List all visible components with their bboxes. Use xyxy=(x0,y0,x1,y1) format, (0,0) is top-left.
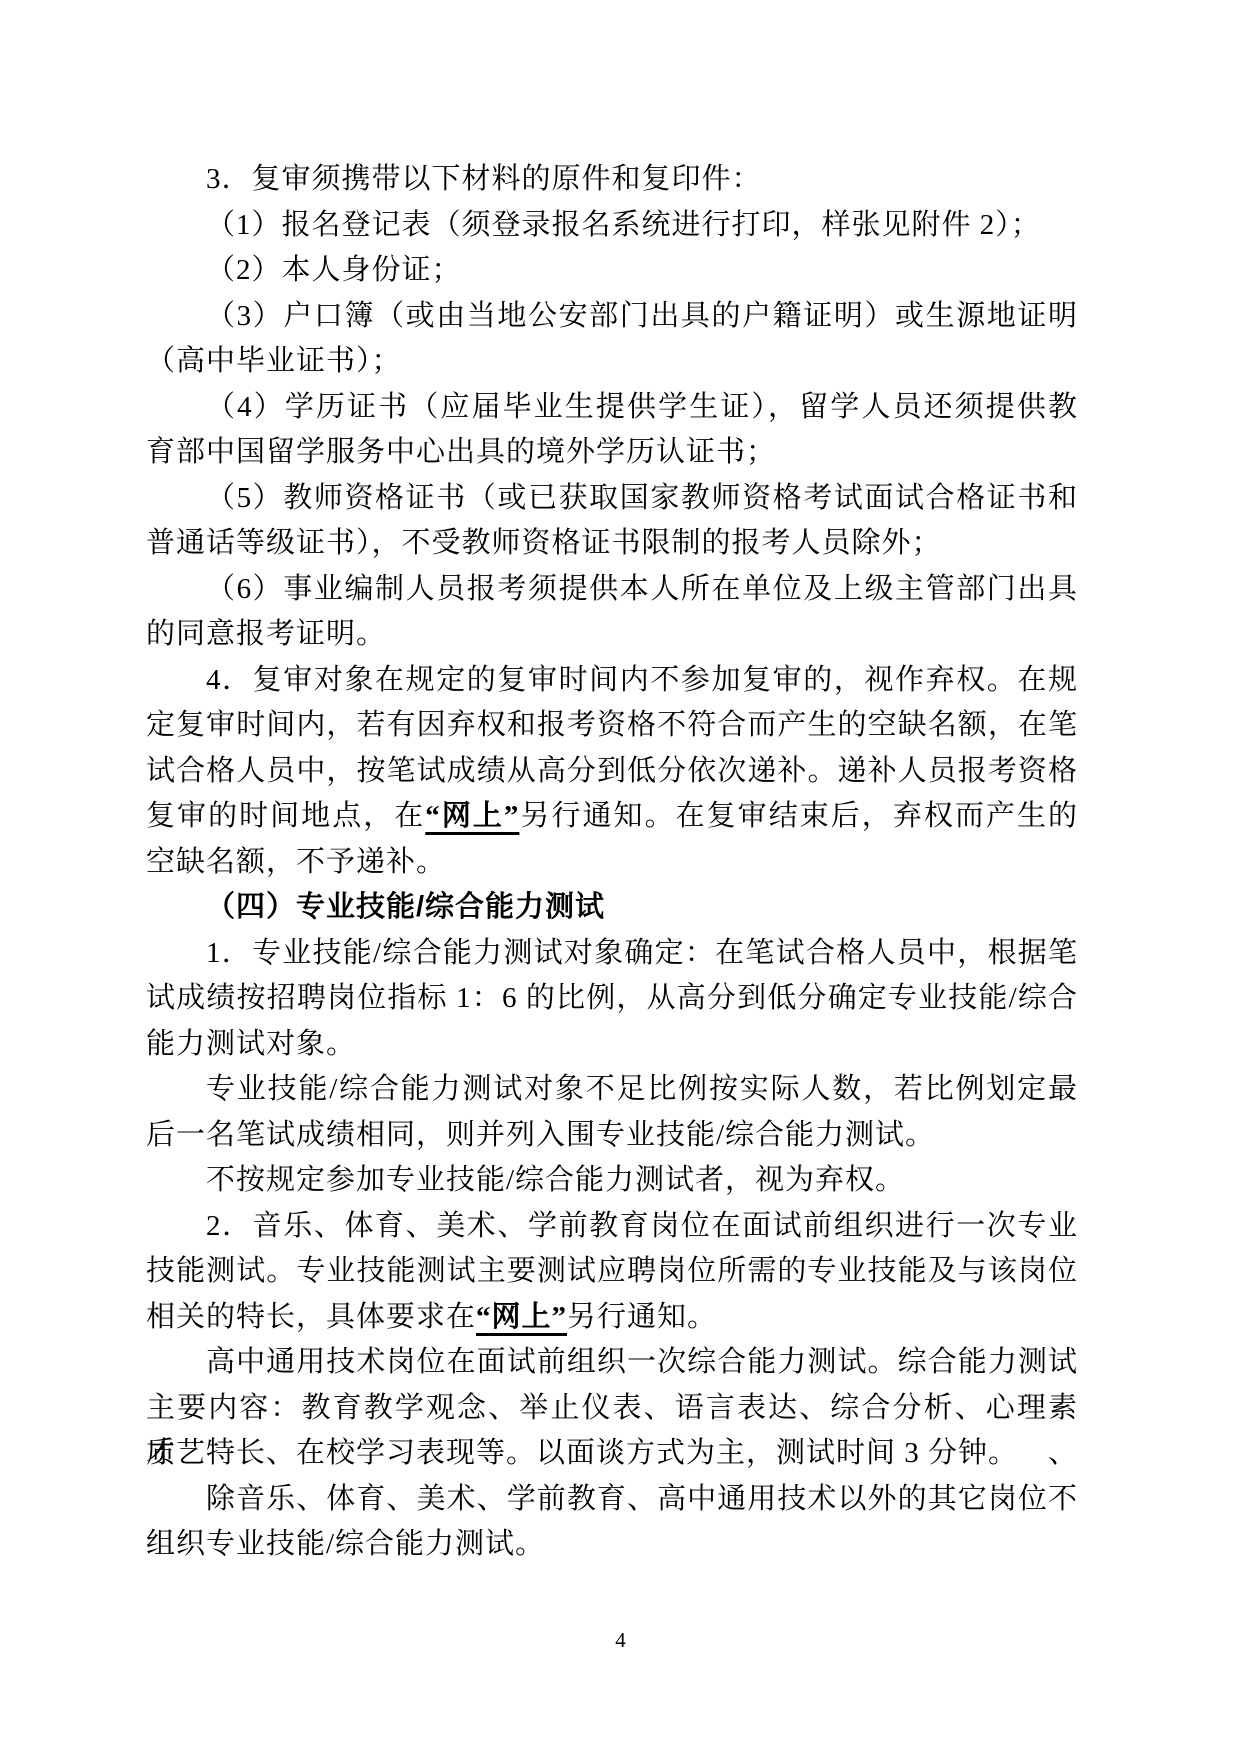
doc-line: 试成绩按招聘岗位指标 1：6 的比例，从高分到低分确定专业技能/综合 xyxy=(146,976,1078,1022)
doc-text: 复审的时间地点，在 xyxy=(146,800,425,832)
doc-line: 空缺名额，不予递补。 xyxy=(146,840,1078,886)
doc-line: （3）户口簿（或由当地公安部门出具的户籍证明）或生源地证明 xyxy=(146,294,1078,340)
doc-line: 3．复审须携带以下材料的原件和复印件： xyxy=(146,157,1078,203)
doc-line: （高中毕业证书）； xyxy=(146,339,1078,385)
section-heading: （四）专业技能/综合能力测试 xyxy=(146,885,1078,931)
online-notice-emphasis: “网上” xyxy=(476,1301,567,1333)
doc-line: 2．音乐、体育、美术、学前教育岗位在面试前组织进行一次专业 xyxy=(146,1204,1078,1250)
doc-line: 定复审时间内，若有因弃权和报考资格不符合而产生的空缺名额，在笔 xyxy=(146,703,1078,749)
doc-line: 试合格人员中，按笔试成绩从高分到低分依次递补。递补人员报考资格 xyxy=(146,749,1078,795)
doc-line: 的同意报考证明。 xyxy=(146,612,1078,658)
doc-line: 除音乐、体育、美术、学前教育、高中通用技术以外的其它岗位不 xyxy=(146,1477,1078,1523)
doc-line: 育部中国留学服务中心出具的境外学历认证书； xyxy=(146,430,1078,476)
doc-line: （2）本人身份证； xyxy=(146,248,1078,294)
doc-line: 相关的特长，具体要求在“网上”另行通知。 xyxy=(146,1295,1078,1341)
doc-line: （1）报名登记表（须登录报名系统进行打印，样张见附件 2）； xyxy=(146,203,1078,249)
doc-text: 另行通知。在复审结束后，弃权而产生的 xyxy=(519,800,1078,832)
doc-line: 后一名笔试成绩相同，则并列入围专业技能/综合能力测试。 xyxy=(146,1113,1078,1159)
doc-line: 复审的时间地点，在“网上”另行通知。在复审结束后，弃权而产生的 xyxy=(146,794,1078,840)
doc-line: 主要内容：教育教学观念、举止仪表、语言表达、综合分析、心理素质、 xyxy=(146,1386,1078,1432)
doc-line: 能力测试对象。 xyxy=(146,1022,1078,1068)
doc-line: 1．专业技能/综合能力测试对象确定：在笔试合格人员中，根据笔 xyxy=(146,931,1078,977)
doc-line: （6）事业编制人员报考须提供本人所在单位及上级主管部门出具 xyxy=(146,567,1078,613)
page-number: 4 xyxy=(0,1628,1241,1652)
doc-line: （5）教师资格证书（或已获取国家教师资格考试面试合格证书和 xyxy=(146,476,1078,522)
document-body: 3．复审须携带以下材料的原件和复印件： （1）报名登记表（须登录报名系统进行打印… xyxy=(146,157,1078,1568)
doc-line: 专业技能/综合能力测试对象不足比例按实际人数，若比例划定最 xyxy=(146,1067,1078,1113)
doc-line: 4．复审对象在规定的复审时间内不参加复审的，视作弃权。在规 xyxy=(146,658,1078,704)
doc-line: 才艺特长、在校学习表现等。以面谈方式为主，测试时间 3 分钟。 xyxy=(146,1431,1078,1477)
doc-text: 相关的特长，具体要求在 xyxy=(146,1301,476,1333)
doc-line: 技能测试。专业技能测试主要测试应聘岗位所需的专业技能及与该岗位 xyxy=(146,1249,1078,1295)
online-notice-emphasis: “网上” xyxy=(425,800,519,832)
doc-line: 普通话等级证书），不受教师资格证书限制的报考人员除外； xyxy=(146,521,1078,567)
doc-text: 另行通知。 xyxy=(567,1301,717,1333)
doc-line: 不按规定参加专业技能/综合能力测试者，视为弃权。 xyxy=(146,1158,1078,1204)
doc-line: （4）学历证书（应届毕业生提供学生证），留学人员还须提供教 xyxy=(146,385,1078,431)
doc-line: 高中通用技术岗位在面试前组织一次综合能力测试。综合能力测试 xyxy=(146,1340,1078,1386)
doc-line: 组织专业技能/综合能力测试。 xyxy=(146,1522,1078,1568)
